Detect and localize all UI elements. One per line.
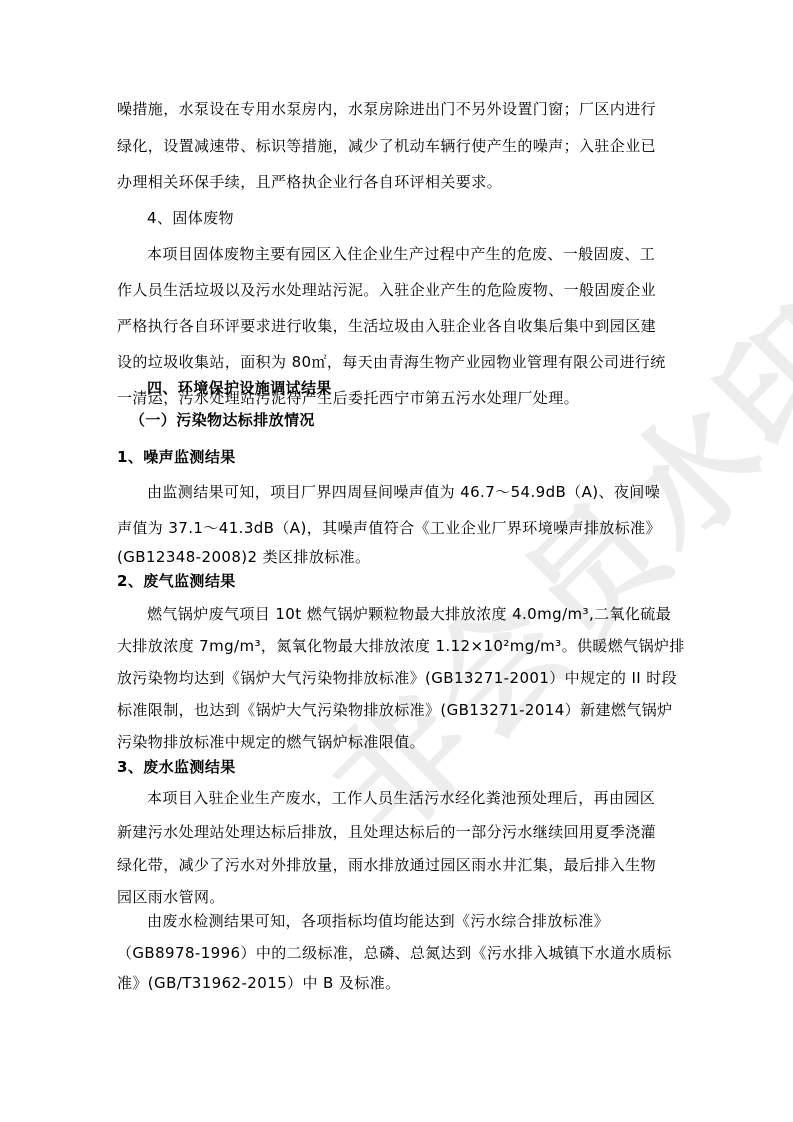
paragraph-line: 设的垃圾收集站，面积为 80㎡，每天由青海生物产业园物业管理有限公司进行统 <box>117 352 666 372</box>
paragraph-line: 放污染物均达到《锅炉大气污染物排放标准》(GB13271-2001）中规定的 I… <box>117 668 677 688</box>
paragraph-line: 本项目固体废物主要有园区入住企业生产过程中产生的危废、一般固废、工 <box>147 244 655 264</box>
paragraph-line: 作人员生活垃圾以及污水处理站污泥。入驻企业产生的危险废物、一般固废企业 <box>117 280 656 300</box>
paragraph-line: （GB8978-1996）中的二级标准，总磷、总氮达到《污水排入城镇下水道水质标 <box>117 943 672 963</box>
paragraph-line: 声值为 37.1～41.3dB（A)，其噪声值符合《工业企业厂界环境噪声排放标准… <box>117 518 661 538</box>
paragraph-line: 噪措施，水泵设在专用水泵房内，水泵房除进出门不另外设置门窗；厂区内进行 <box>117 99 656 119</box>
paragraph-line: 园区雨水管网。 <box>117 887 225 907</box>
paragraph-line: 绿化，设置减速带、标识等措施，减少了机动车辆行使产生的噪声；入驻企业已 <box>117 136 656 156</box>
paragraph-line: 燃气锅炉废气项目 10t 燃气锅炉颗粒物最大排放浓度 4.0mg/m³,二氧化硫… <box>147 604 671 624</box>
paragraph-line: 4、固体废物 <box>147 208 234 228</box>
paragraph-line: 污染物排放标准中规定的燃气锅炉标准限值。 <box>117 732 425 752</box>
section-heading: 四、环境保护设施调试结果 <box>147 378 332 398</box>
paragraph-line: 大排放浓度 7mg/m³，氮氧化物最大排放浓度 1.12×10²mg/m³。供暖… <box>117 636 685 656</box>
paragraph-line: 由监测结果可知，项目厂界四周昼间噪声值为 46.7～54.9dB（A)、夜间噪 <box>147 482 660 502</box>
paragraph-line: 由废水检测结果可知，各项指标均值均能达到《污水综合排放标准》 <box>147 911 609 931</box>
paragraph-line: 标准限制，也达到《锅炉大气污染物排放标准》(GB13271-2014）新建燃气锅… <box>117 700 672 720</box>
section-heading: （一）污染物达标排放情况 <box>130 410 315 430</box>
paragraph-line: 严格执行各自环评要求进行收集，生活垃圾由入驻企业各自收集后集中到园区建 <box>117 316 656 336</box>
document-page: 非会员水印 噪措施，水泵设在专用水泵房内，水泵房除进出门不另外设置门窗；厂区内进… <box>0 0 793 1122</box>
paragraph-line: (GB12348-2008)2 类区排放标准。 <box>117 547 370 567</box>
paragraph-line: 准》(GB/T31962-2015）中 B 及标准。 <box>117 973 401 993</box>
section-heading: 1、噪声监测结果 <box>117 447 236 467</box>
paragraph-line: 本项目入驻企业生产废水，工作人员生活污水经化粪池预处理后，再由园区 <box>147 788 655 808</box>
section-heading: 3、废水监测结果 <box>117 757 236 777</box>
section-heading: 2、废气监测结果 <box>117 571 236 591</box>
paragraph-line: 办理相关环保手续，且严格执企业行各自环评相关要求。 <box>117 172 502 192</box>
paragraph-line: 绿化带，减少了污水对外排放量，雨水排放通过园区雨水井汇集，最后排入生物 <box>117 855 656 875</box>
paragraph-line: 新建污水处理站处理达标后排放，且处理达标后的一部分污水继续回用夏季浇灌 <box>117 822 656 842</box>
